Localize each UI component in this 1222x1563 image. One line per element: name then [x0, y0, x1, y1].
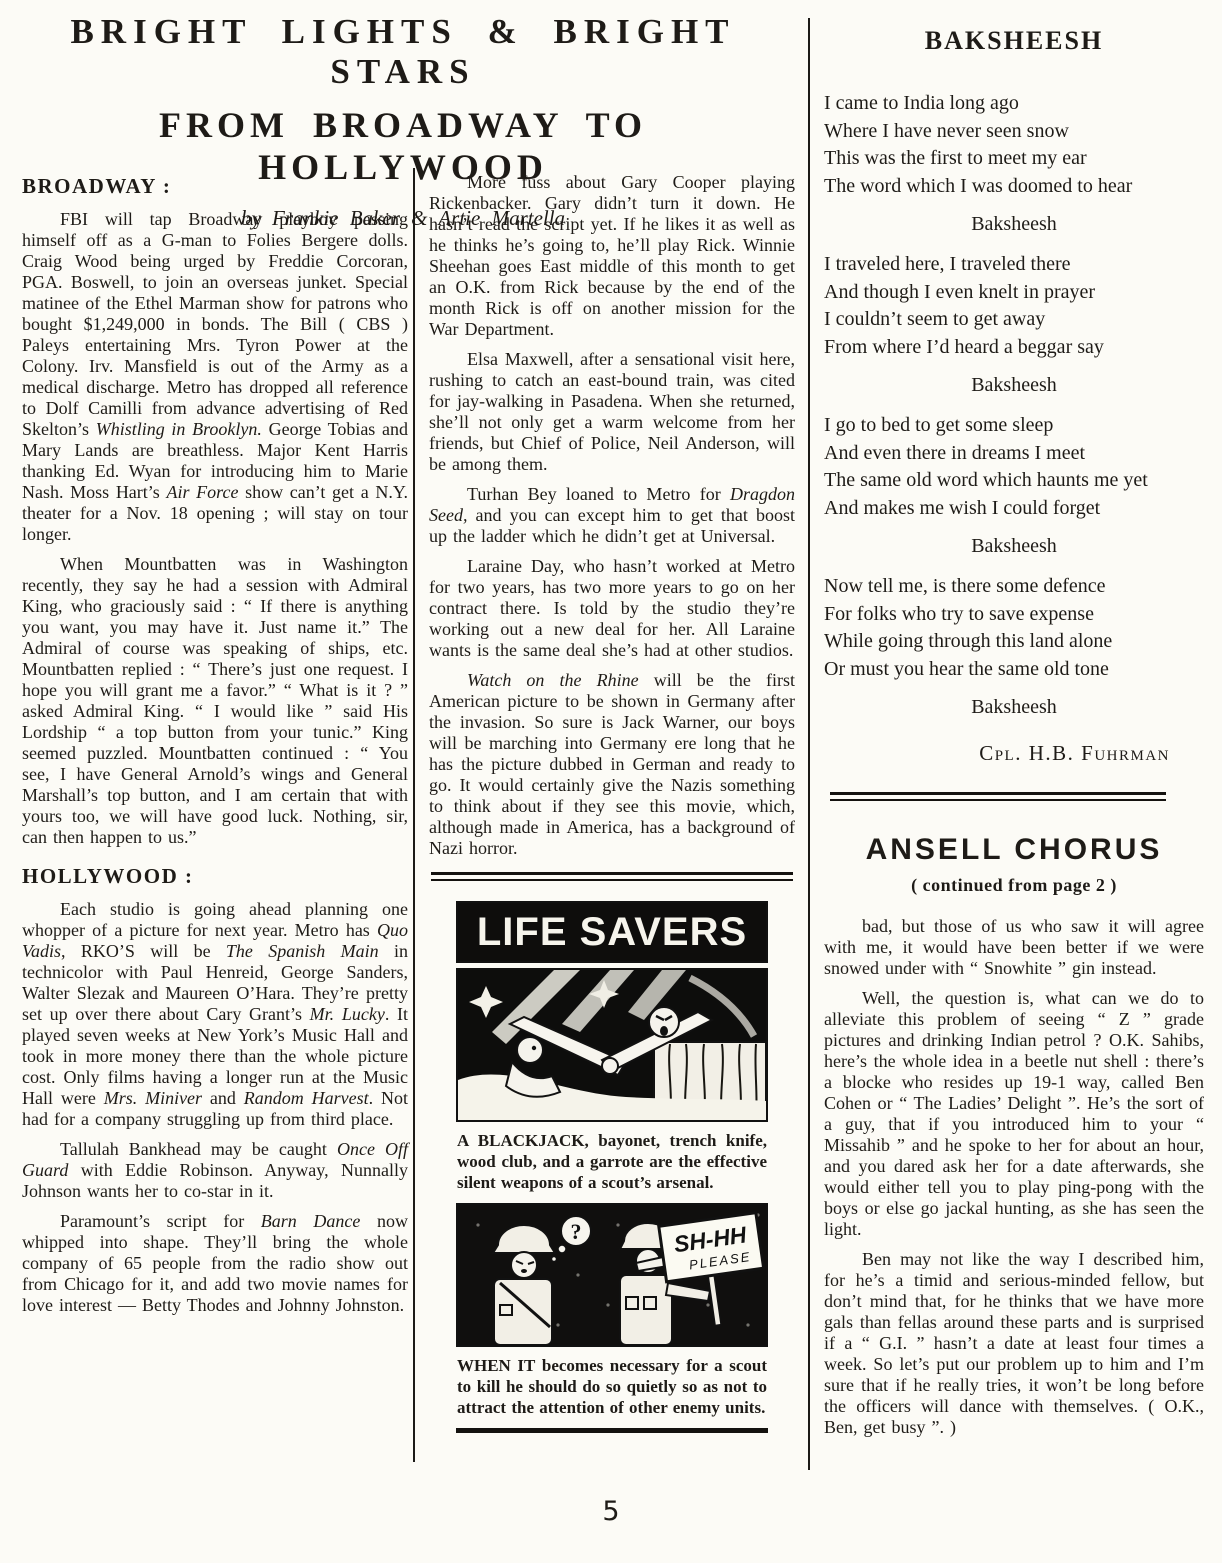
column-middle: More fuss about Gary Cooper playing Rick… — [429, 172, 795, 1433]
hollywood-heading: HOLLYWOOD : — [22, 864, 408, 889]
hands — [602, 1058, 618, 1074]
poem-stanza-2: I traveled here, I traveled thereAnd tho… — [824, 251, 1204, 361]
poem-stanza-1: I came to India long agoWhere I have nev… — [824, 90, 1204, 200]
column-divider-left — [413, 168, 415, 1462]
ansell-paragraph-1: bad, but those of us who saw it will agr… — [824, 916, 1204, 979]
scout-head — [517, 1037, 543, 1063]
poem-refrain: Baksheesh — [824, 374, 1204, 397]
middle-paragraph-3: Turhan Bey loaned to Metro for Dragdon S… — [429, 484, 795, 547]
broadway-heading: BROADWAY : — [22, 174, 408, 199]
column-divider-right — [808, 18, 810, 1470]
cartoon-bottom-rule — [456, 1428, 768, 1433]
poem-refrain: Baksheesh — [824, 696, 1204, 719]
poem-stanza-4: Now tell me, is there some defenceFor fo… — [824, 573, 1204, 683]
cartoon-caption-2: WHEN IT becomes necessary for a scout to… — [457, 1355, 767, 1418]
soldier-face — [511, 1252, 537, 1278]
broadway-paragraph-2: When Mountbatten was in Washington recen… — [22, 554, 408, 848]
life-savers-banner: LIFE SAVERS — [456, 901, 768, 963]
question-mark-glyph: ? — [571, 1219, 582, 1244]
shhh-cartoon: ? SH-HH PLEASE — [458, 1205, 766, 1345]
poem-signature: Cpl. H.B. Fuhrman — [824, 741, 1204, 766]
magazine-page: BRIGHT LIGHTS & BRIGHT STARS FROM BROADW… — [0, 0, 1222, 1563]
column-right: BAKSHEESH I came to India long agoWhere … — [824, 12, 1204, 1438]
ansell-chorus-heading: ANSELL CHORUS — [824, 833, 1204, 867]
page-title-line1: BRIGHT LIGHTS & BRIGHT STARS — [8, 12, 798, 92]
middle-paragraph-2: Elsa Maxwell, after a sensational visit … — [429, 349, 795, 475]
cartoon-panel-1 — [456, 968, 768, 1122]
cartoon-panel-2: ? SH-HH PLEASE — [456, 1203, 768, 1347]
middle-section-rule — [431, 872, 793, 881]
poem-stanza-3: I go to bed to get some sleepAnd even th… — [824, 412, 1204, 522]
night-fight-cartoon — [458, 970, 766, 1120]
hollywood-paragraph-3: Paramount’s script for Barn Dance now wh… — [22, 1211, 408, 1316]
poem-refrain: Baksheesh — [824, 535, 1204, 558]
page-number: 5 — [0, 1496, 1222, 1527]
baksheesh-title: BAKSHEESH — [824, 26, 1204, 56]
column-broadway: BROADWAY : FBI will tap Broadway playboy… — [22, 172, 408, 1316]
ansell-paragraph-2: Well, the question is, what can we do to… — [824, 988, 1204, 1240]
ansell-chorus-subheading: ( continued from page 2 ) — [824, 875, 1204, 896]
right-section-rule — [830, 792, 1166, 801]
middle-paragraph-4: Laraine Day, who hasn’t worked at Metro … — [429, 556, 795, 661]
hollywood-paragraph-1: Each studio is going ahead planning one … — [22, 899, 408, 1130]
poem-refrain: Baksheesh — [824, 213, 1204, 236]
cartoon-caption-1: A BLACKJACK, bayonet, trench knife, wood… — [457, 1130, 767, 1193]
life-savers-feature: LIFE SAVERS — [456, 901, 768, 1433]
middle-paragraph-5: Watch on the Rhine will be the first Ame… — [429, 670, 795, 859]
hollywood-paragraph-2: Tallulah Bankhead may be caught Once Off… — [22, 1139, 408, 1202]
middle-paragraph-1: More fuss about Gary Cooper playing Rick… — [429, 172, 795, 340]
broadway-paragraph-1: FBI will tap Broadway playboy passing hi… — [22, 209, 408, 545]
ansell-paragraph-3: Ben may not like the way I described him… — [824, 1249, 1204, 1438]
